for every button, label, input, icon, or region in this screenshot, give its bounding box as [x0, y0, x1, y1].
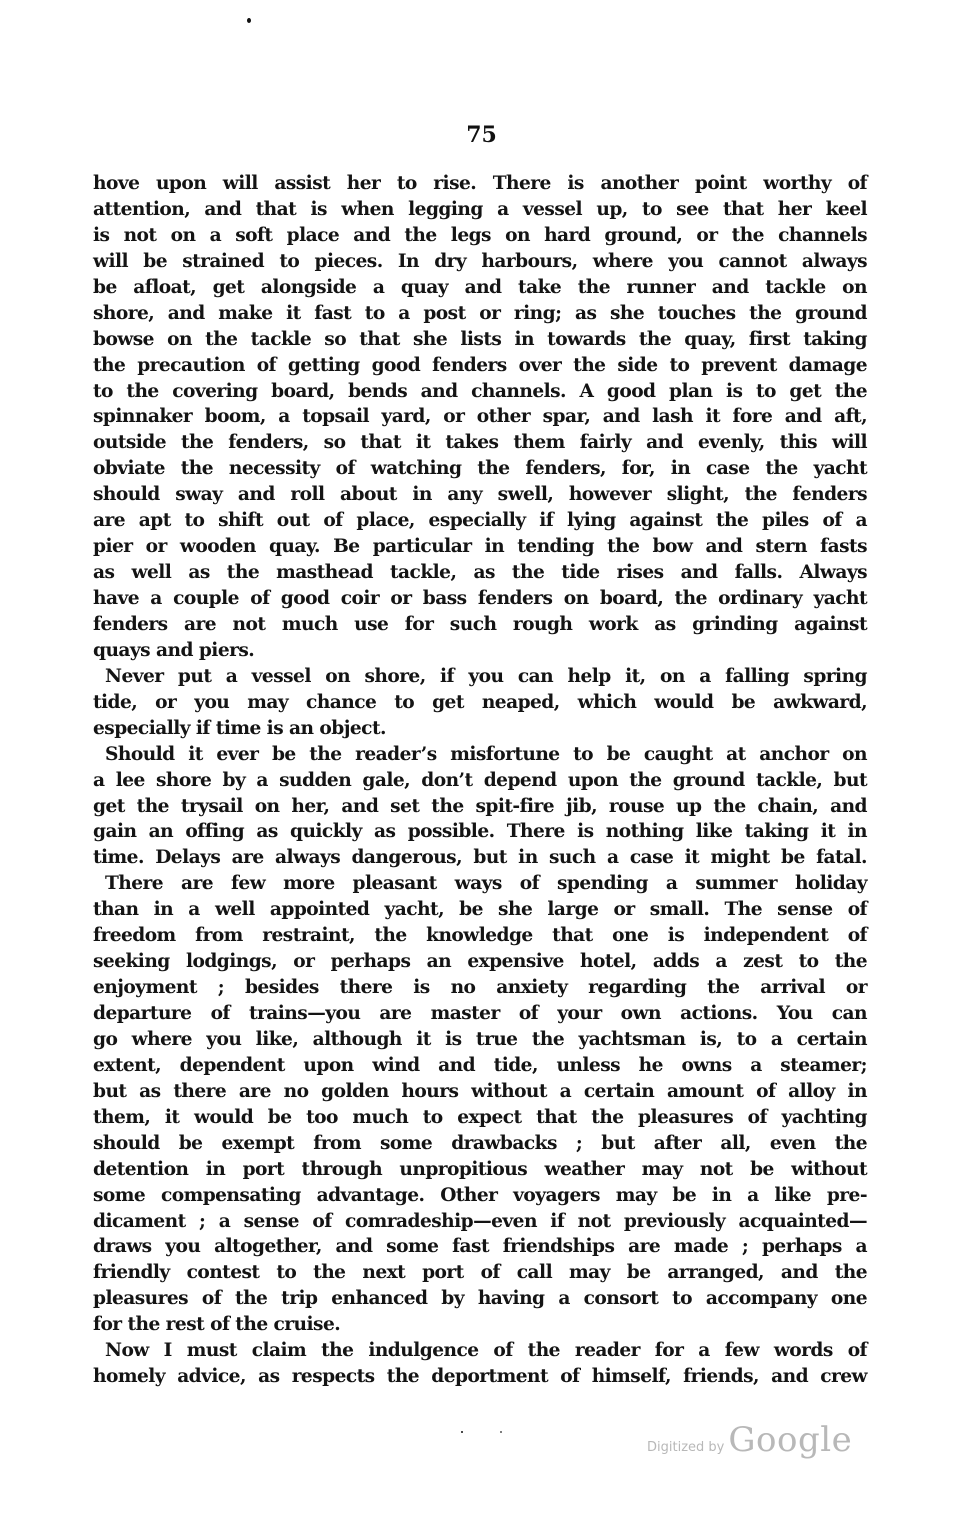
scan-speck	[500, 1431, 502, 1433]
text-line: Should it ever be the reader’s misfortun…	[93, 742, 867, 768]
text-line: shore, and make it fast to a post or rin…	[93, 301, 867, 327]
text-line: spinnaker boom, a topsail yard, or other…	[93, 404, 867, 430]
text-line: freedom from restraint, the knowledge th…	[93, 923, 867, 949]
watermark-prefix: Digitized by	[647, 1440, 724, 1455]
text-line: Now I must claim the indulgence of the r…	[93, 1338, 867, 1364]
text-line: friendly contest to the next port of cal…	[93, 1260, 867, 1286]
text-line: a lee shore by a sudden gale, don’t depe…	[93, 768, 867, 794]
scan-speck	[461, 1431, 463, 1433]
text-line: pleasures of the trip enhanced by having…	[93, 1286, 867, 1312]
text-line: than in a well appointed yacht, be she l…	[93, 897, 867, 923]
text-line: especially if time is an object.	[93, 716, 867, 742]
text-line: draws you altogether, and some fast frie…	[93, 1234, 867, 1260]
text-line: them, it would be too much to expect tha…	[93, 1105, 867, 1131]
text-line: detention in port through unpropitious w…	[93, 1157, 867, 1183]
text-line: some compensating advantage. Other voyag…	[93, 1183, 867, 1209]
text-line: is not on a soft place and the legs on h…	[93, 223, 867, 249]
text-line: outside the fenders, so that it takes th…	[93, 430, 867, 456]
text-line: pier or wooden quay. Be particular in te…	[93, 534, 867, 560]
text-line: but as there are no golden hours without…	[93, 1079, 867, 1105]
body-text: hove upon will assist her to rise. There…	[93, 171, 867, 1390]
text-line: There are few more pleasant ways of spen…	[93, 871, 867, 897]
text-line: obviate the necessity of watching the fe…	[93, 456, 867, 482]
text-line: extent, dependent upon wind and tide, un…	[93, 1053, 867, 1079]
text-line: should be exempt from some drawbacks ; b…	[93, 1131, 867, 1157]
page-number: 75	[0, 122, 963, 148]
text-line: gain an offing as quickly as possible. T…	[93, 819, 867, 845]
text-line: homely advice, as respects the deportmen…	[93, 1364, 867, 1390]
text-line: should sway and roll about in any swell,…	[93, 482, 867, 508]
text-line: fenders are not much use for such rough …	[93, 612, 867, 638]
text-line: are apt to shift out of place, especiall…	[93, 508, 867, 534]
text-line: be afloat, get alongside a quay and take…	[93, 275, 867, 301]
text-line: will be strained to pieces. In dry harbo…	[93, 249, 867, 275]
text-line: time. Delays are always dangerous, but i…	[93, 845, 867, 871]
text-line: Never put a vessel on shore, if you can …	[93, 664, 867, 690]
text-line: get the trysail on her, and set the spit…	[93, 794, 867, 820]
google-wordmark: Google	[728, 1420, 852, 1460]
text-line: quays and piers.	[93, 638, 867, 664]
digitized-by-google-watermark: Digitized by Google	[647, 1420, 852, 1460]
text-line: tide, or you may chance to get neaped, w…	[93, 690, 867, 716]
text-line: seeking lodgings, or perhaps an expensiv…	[93, 949, 867, 975]
scan-speck	[247, 18, 251, 23]
text-line: the precaution of getting good fenders o…	[93, 353, 867, 379]
text-line: go where you like, although it is true t…	[93, 1027, 867, 1053]
text-line: enjoyment ; besides there is no anxiety …	[93, 975, 867, 1001]
text-line: for the rest of the cruise.	[93, 1312, 867, 1338]
text-line: attention, and that is when legging a ve…	[93, 197, 867, 223]
text-line: to the covering board, bends and channel…	[93, 379, 867, 405]
text-line: hove upon will assist her to rise. There…	[93, 171, 867, 197]
text-line: bowse on the tackle so that she lists in…	[93, 327, 867, 353]
text-line: have a couple of good coir or bass fende…	[93, 586, 867, 612]
text-line: dicament ; a sense of comradeship—even i…	[93, 1209, 867, 1235]
text-line: as well as the masthead tackle, as the t…	[93, 560, 867, 586]
text-line: departure of trains—you are master of yo…	[93, 1001, 867, 1027]
